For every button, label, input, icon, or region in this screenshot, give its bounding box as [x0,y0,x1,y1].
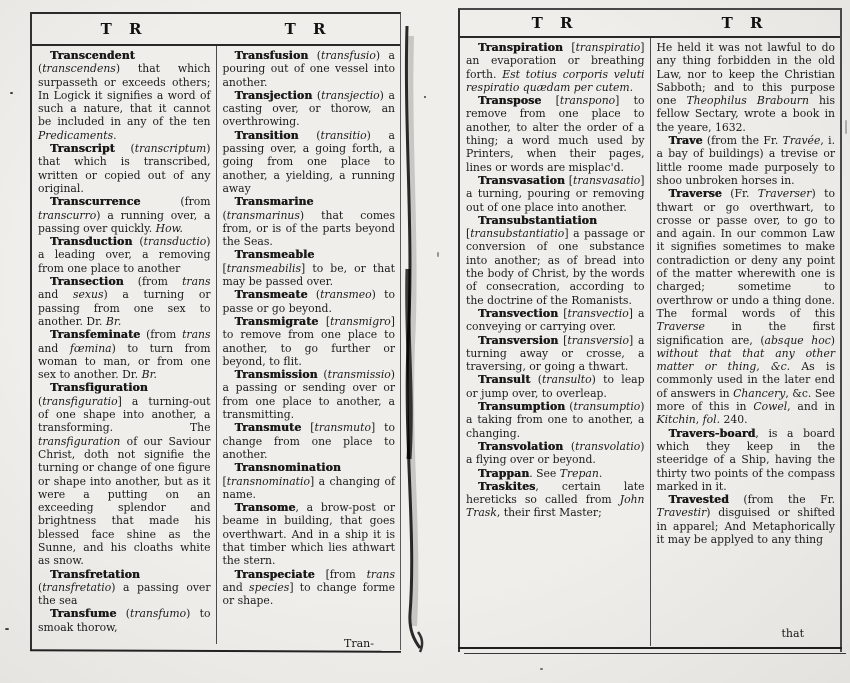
entry-text: [ [563,41,576,54]
entry-headword: Transmeate [235,288,308,301]
entry-italic-text: Cowel [753,400,787,413]
entry-italic-text: transubstantiatio [470,227,564,240]
entry-text: ( [308,288,321,301]
catchword: Tran- [344,637,374,650]
entry-italic-text: Theophilus Brabourn [686,94,808,107]
dictionary-entry: Transmigrate [transmigro] to remove from… [223,315,396,368]
entry-italic-text: transmeabilis [227,262,301,275]
entry-italic-text: Br. [142,368,157,381]
running-head: T R [650,14,840,32]
entry-headword: Transpose [478,94,541,107]
entry-headword: Transcript [50,142,115,155]
entry-italic-text: sexus [73,288,104,301]
dictionary-entry: Transfretation (transfretatio) a passing… [38,568,211,608]
right-page: T R T R Transpiration [transpiratio] an … [458,8,842,652]
entry-headword: Transmission [235,368,318,381]
text-column-3: Transpiration [transpiratio] an evaporat… [460,38,650,646]
entry-text: (from the Fr. [703,134,783,147]
entry-italic-text: transvasatio [573,174,640,187]
entry-italic-text: absque hoc [765,334,831,347]
entry-text: ( [530,373,542,386]
entry-italic-text: Br. [106,315,121,328]
entry-italic-text: trans [182,328,210,341]
dictionary-entry: Traverse (Fr. Traverser) to thwart or go… [657,187,836,426]
entry-text: of our Saviour Christ, doth not signifie… [38,435,211,568]
entry-italic-text: transfusio [321,49,376,62]
running-head: T R [460,14,650,32]
entry-headword: Transition [235,129,299,142]
entry-text: [from [315,568,367,581]
entry-headword: Transmeable [235,248,315,261]
entry-italic-text: Travestir [657,506,707,519]
entry-italic-text: transmissio [328,368,391,381]
entry-italic-text: Traverser [758,187,812,200]
entry-italic-text: Traverse [657,320,705,333]
entry-headword: Transfume [50,607,116,620]
entry-text: ( [115,142,135,155]
entry-text: ( [308,49,321,62]
scan-speck [10,92,13,94]
entry-italic-text: transpono [560,94,615,107]
scan-speck [424,96,426,98]
entry-text: and [223,581,250,594]
page-header: T R T R [32,14,400,44]
entry-italic-text: transductio [144,235,207,248]
dictionary-entry: Transfusion (transfusio) a pouring out o… [223,49,396,89]
entry-headword: Transult [478,373,530,386]
entry-text: ) to thwart or go overthwart, to crosse … [657,187,836,320]
entry-text: ( [299,129,321,142]
dictionary-entry: Travested (from the Fr. Travestir) disgu… [657,493,836,546]
dictionary-entry: Trappan. See Trepan. [466,467,645,480]
entry-headword: Transfeminate [50,328,140,341]
entry-headword: Transumption [478,400,565,413]
entry-italic-text: transfretatio [42,581,111,594]
entry-headword: Transversion [478,334,558,347]
dictionary-entry: Trave (from the Fr. Travée, i. a bay of … [657,134,836,187]
dictionary-entry: Transmission (transmissio) a passing or … [223,368,396,421]
entry-headword: Trave [669,134,703,147]
entry-headword: Transvection [478,307,558,320]
entry-italic-text: Kitchin [657,413,696,426]
entry-text: ) [831,334,835,347]
entry-text: . [599,467,602,480]
entry-italic-text: fœmina [70,342,112,355]
entry-text: , and in [787,400,835,413]
dictionary-entry: Transjection (transjectio) a casting ove… [223,89,396,129]
dictionary-entry: Transduction (transductio) a leading ove… [38,235,211,275]
running-head: T R [32,20,216,38]
text-columns: Transpiration [transpiratio] an evaporat… [460,38,840,646]
entry-headword: Transcurrence [50,195,140,208]
entry-headword: Transfusion [235,49,309,62]
dictionary-entry: Transpiration [transpiratio] an evaporat… [466,41,645,94]
text-column-4: He held it was not lawful to do any thin… [651,38,841,646]
entry-italic-text: transfumo [130,607,186,620]
entry-text: and [38,288,73,301]
entry-text: , [696,413,703,426]
entry-headword: Transvasation [478,174,565,187]
entry-headword: Transpeciate [235,568,315,581]
entry-headword: Transvolation [478,440,563,453]
entry-italic-text: transmarinus [227,209,300,222]
entry-text: . [113,129,116,142]
entry-italic-text: transmeo [320,288,372,301]
dictionary-entry: Transmeate (transmeo) to passe or go bey… [223,288,396,315]
entry-headword: Transpiration [478,41,563,54]
entry-headword: Transubstantiation [478,214,597,227]
dictionary-entry: Transmeable [transmeabilis] to be, or th… [223,248,396,288]
dictionary-entry: Transection (from trans and sexus) a tur… [38,275,211,328]
scan-background: T R T R Transcendent (transcendens) that… [0,0,850,683]
entry-italic-text: transcriptum [135,142,207,155]
dictionary-entry: Transcript (transcriptum) that which is … [38,142,211,195]
dictionary-entry: Transfume (transfumo) to smoak thorow, [38,607,211,634]
entry-italic-text: fol. [703,413,720,426]
entry-italic-text: transcurro [38,209,96,222]
entry-text: [ [565,174,573,187]
dictionary-entry: Transpeciate [from trans and species] to… [223,568,396,608]
entry-italic-text: transfiguratio [42,395,117,408]
entry-italic-text: transmuto [315,421,371,434]
entry-italic-text: How. [156,222,183,235]
entry-headword: Transjection [235,89,313,102]
dictionary-entry: Transvolation (transvolatio) a flying ov… [466,440,645,467]
dictionary-entry: Transnomination [transnominatio] a chang… [223,461,396,501]
entry-italic-text: transversio [567,334,629,347]
page-bottom-rule [458,647,842,649]
entry-italic-text: transulto [542,373,592,386]
entry-text: . See [529,467,559,480]
entry-text: (Fr. [722,187,758,200]
entry-italic-text: transmigro [330,315,391,328]
dictionary-entry: Transumption (transumptio) a taking from… [466,400,645,440]
dictionary-entry: He held it was not lawful to do any thin… [657,41,836,134]
entry-italic-text: trans [182,275,210,288]
entry-text: ( [132,235,143,248]
entry-italic-text: Travée [783,134,821,147]
entry-text: (from the Fr. [729,493,835,506]
dictionary-entry: Transition (transitio) a passing over, a… [223,129,396,195]
dictionary-entry: Transfeminate (from trans and fœmina) to… [38,328,211,381]
entry-text: (from [124,275,182,288]
entry-text: [ [541,94,559,107]
entry-italic-text: transvectio [567,307,628,320]
dictionary-entry: Transmarine (transmarinus) that comes fr… [223,195,396,248]
entry-text: ( [312,89,321,102]
dictionary-entry: Transmute [transmuto] to change from one… [223,421,396,461]
entry-headword: Transmarine [235,195,314,208]
entry-headword: Transfretation [50,568,140,581]
entry-headword: Transome [235,501,296,514]
entry-headword: Transduction [50,235,132,248]
scan-speck [437,252,439,257]
running-head: T R [216,20,400,38]
entry-text: ( [318,368,328,381]
page-header: T R T R [460,10,840,36]
entry-text: and [38,342,70,355]
entry-text: (from [140,328,182,341]
entry-headword: Transmigrate [235,315,319,328]
dictionary-entry: Transvasation [transvasatio] a turning, … [466,174,645,214]
dictionary-entry: Transpose [transpono] to remove from one… [466,94,645,174]
scan-speck [5,628,9,630]
entry-headword: Traverse [669,187,722,200]
entry-italic-text: transfiguration [38,435,120,448]
entry-headword: Transnomination [235,461,341,474]
entry-text: (from [140,195,210,208]
page-bottom-rule-2 [464,653,846,654]
entry-headword: Travested [669,493,729,506]
dictionary-entry: Transversion [transversio] a turning awa… [466,334,645,374]
entry-text: ( [116,607,130,620]
dictionary-entry: Transcurrence (from transcurro) a runnin… [38,195,211,235]
entry-headword: Travers-board [669,427,756,440]
entry-headword: Transfiguration [50,381,148,394]
entry-headword: Trappan [478,467,529,480]
entry-italic-text: trans [367,568,395,581]
dictionary-entry: Transfiguration (transfiguratio] a turni… [38,381,211,567]
scan-speck [845,120,847,134]
entry-italic-text: transcendens [42,62,116,75]
dictionary-entry: Transubstantiation [transubstantiatio] a… [466,214,645,307]
entry-text: ( [563,440,575,453]
entry-italic-text: Trepan [560,467,599,480]
dictionary-entry: Transult (transulto) to leap or jump ove… [466,373,645,400]
catchword: that [782,627,804,640]
entry-headword: Transmute [235,421,302,434]
entry-headword: Traskites [478,480,535,493]
entry-italic-text: transumptio [573,400,640,413]
entry-italic-text: Chancery [733,387,785,400]
entry-text: 240. [720,413,747,426]
entry-headword: Transcendent [50,49,135,62]
entry-headword: Transection [50,275,124,288]
entry-italic-text: transitio [320,129,366,142]
entry-text: [ [301,421,314,434]
entry-text: , their first Master; [497,506,602,519]
text-column-1: Transcendent (transcendens) that which s… [32,46,216,644]
left-page: T R T R Transcendent (transcendens) that… [30,12,401,650]
dictionary-entry: Transvection [transvectio] a conveying o… [466,307,645,334]
text-columns: Transcendent (transcendens) that which s… [32,46,400,644]
scan-speck [540,668,543,670]
dictionary-entry: Travers-board, is a board which they kee… [657,427,836,493]
entry-italic-text: Predicaments [38,129,113,142]
entry-italic-text: transpiratio [576,41,641,54]
dictionary-entry: Traskites, certain late hereticks so cal… [466,480,645,520]
dictionary-entry: Transcendent (transcendens) that which s… [38,49,211,142]
entry-text: [ [318,315,330,328]
text-column-2: Transfusion (transfusio) a pouring out o… [217,46,401,644]
entry-italic-text: species [249,581,289,594]
entry-italic-text: transjectio [321,89,380,102]
entry-italic-text: transnominatio [227,475,310,488]
dictionary-entry: Transome, a brow-post or beame in buildi… [223,501,396,567]
entry-italic-text: transvolatio [575,440,640,453]
